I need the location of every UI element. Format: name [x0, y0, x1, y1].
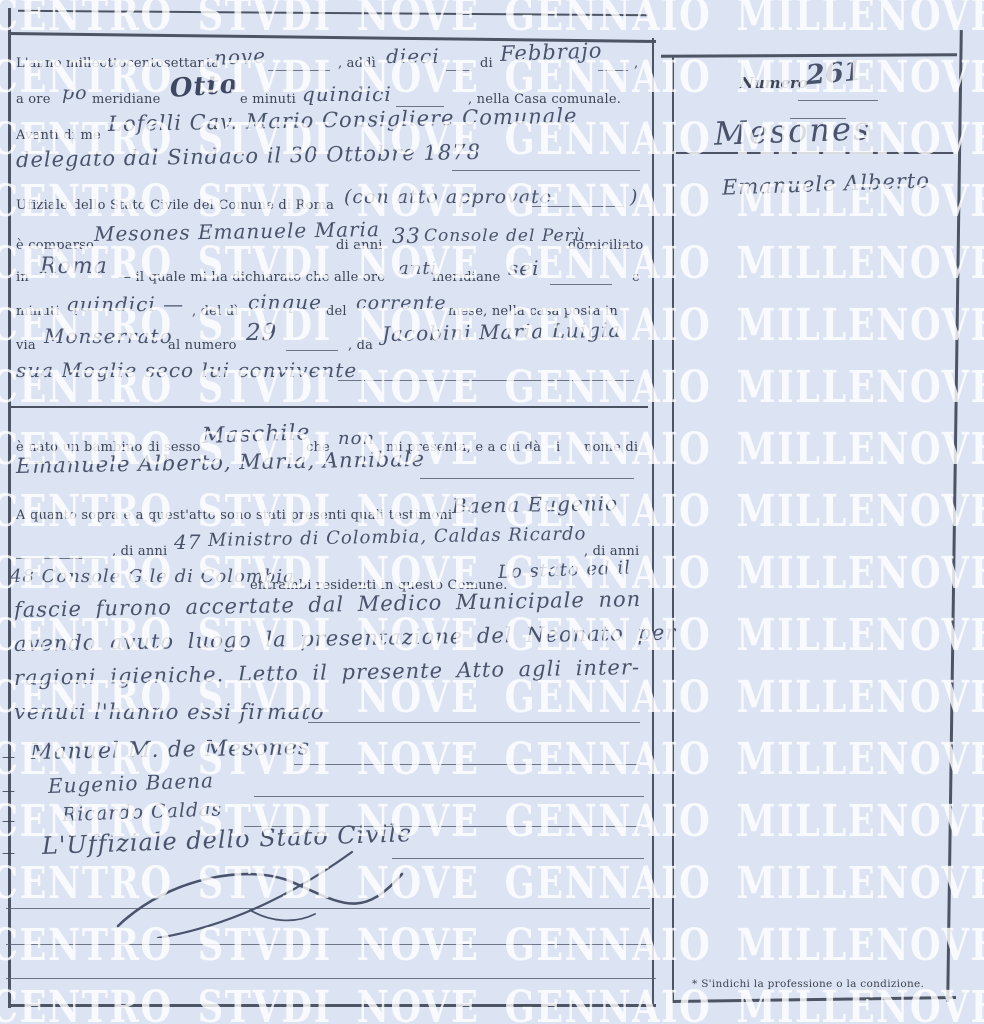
numero-label: Numero [740, 74, 808, 92]
handwritten-entry: Otto [169, 69, 239, 104]
handwritten-entry: (con atto approvato [344, 186, 552, 208]
handwritten-entry: nove [213, 43, 266, 70]
printed-form-text: Avanti di me [16, 128, 101, 143]
scanned-birth-record-page: Numero 261 Mesones Emanuele Alberto * S'… [0, 0, 984, 1024]
handwritten-entry: delegato dal Sindaco il 30 Ottobre 1878 [16, 140, 481, 172]
rule-line [254, 796, 644, 797]
handwritten-entry: quindici — [66, 292, 184, 316]
rule-line [420, 478, 634, 479]
printed-form-text: mese, nella casa posta in [448, 304, 618, 319]
rule-line [294, 764, 640, 765]
handwritten-entry: cinque [248, 290, 322, 314]
official-signature-flourish [100, 848, 420, 938]
rule-line [452, 170, 640, 171]
printed-form-text: domiciliato [568, 238, 643, 253]
margin-box-top-border [661, 53, 957, 57]
margin-surname: Mesones [713, 109, 872, 152]
rule-line [446, 70, 472, 71]
rule-line [286, 350, 338, 351]
printed-form-text: meridiane [92, 92, 161, 107]
margin-box-bottom-border [672, 996, 956, 1002]
printed-form-text: — il quale mi ha dichiarato che alle ore [118, 270, 385, 285]
handwritten-entry: Ministro di Colombia, Caldas Ricardo [208, 523, 587, 551]
printed-form-text: di [480, 56, 493, 71]
handwritten-entry: ragioni igieniche. Letto il presente Att… [14, 655, 640, 690]
handwritten-entry: quindici [302, 82, 392, 106]
numero-value: 261 [805, 56, 864, 92]
printed-form-text: e minuti [240, 92, 296, 107]
printed-form-text: , del dì [192, 304, 239, 319]
handwritten-entry: Roma [40, 254, 108, 279]
handwritten-entry: venuti l'hanno essi firmato [14, 700, 325, 724]
printed-form-text: meridiane [432, 270, 501, 285]
printed-form-text: al numero [168, 338, 237, 353]
printed-form-text: minuti [16, 304, 60, 319]
handwritten-entry: Maschile [202, 420, 311, 449]
printed-form-text: , di anni [112, 544, 167, 559]
printed-form-text: — [2, 750, 15, 765]
printed-form-text: nome di [584, 440, 638, 455]
handwritten-entry: Monserrato [44, 324, 173, 348]
handwritten-entry: Lofelli Cav. Mario Consigliere Comunale [108, 104, 578, 136]
printed-form-text: a ore [16, 92, 51, 107]
handwritten-entry: Jacobini Maria Luigia [382, 318, 622, 346]
act-box-right-border [652, 38, 654, 1006]
rule-line [308, 722, 640, 723]
handwritten-entry: sua Moglie seco lui convivente [16, 358, 357, 382]
handwritten-entry: Manuel M. de Mesones [30, 735, 311, 765]
printed-form-text: L'anno milleottocentosettanta [16, 56, 219, 71]
handwritten-entry: Eugenio Baena [48, 768, 215, 798]
act-box-bottom-border [8, 1004, 656, 1007]
printed-form-text: A quanto sopra e a quest'atto sono stati… [16, 508, 452, 523]
rule-line [392, 858, 644, 859]
handwritten-entry: Baena Eugenio [452, 491, 618, 518]
rule-line [10, 406, 648, 408]
printed-form-text: — [2, 814, 15, 829]
handwritten-entry: dieci [386, 44, 440, 68]
margin-footnote: * S'indichi la professione o la condizio… [692, 978, 924, 990]
handwritten-entry: fascie furono accertate dal Medico Munic… [14, 587, 642, 622]
handwritten-entry: ) [630, 186, 638, 208]
act-box-top-rule [18, 10, 648, 16]
handwritten-entry: po [62, 82, 88, 104]
handwritten-entry: Lo stato ed il [498, 557, 632, 583]
handwritten-entry: sei [508, 256, 540, 280]
printed-form-text: , addì [338, 56, 376, 71]
handwritten-entry: 29 [246, 320, 277, 346]
handwritten-entry: non [338, 428, 375, 449]
handwritten-entry: Febbrajo [500, 38, 603, 66]
rule-line [338, 380, 634, 381]
rule-line [16, 558, 104, 559]
handwritten-entry: corrente [356, 292, 447, 314]
printed-form-text: del [326, 304, 347, 319]
rule-line [6, 944, 654, 945]
rule-line [268, 70, 330, 71]
printed-form-text: di anni [336, 238, 383, 253]
printed-form-text: , [634, 56, 638, 71]
printed-form-text: , di anni [584, 544, 639, 559]
rule-line [6, 978, 656, 979]
margin-given-names: Emanuele Alberto [722, 168, 931, 199]
margin-box-left-border [672, 56, 674, 1002]
handwritten-entry: 47 [174, 530, 201, 554]
act-body: Numero 261 Mesones Emanuele Alberto * S'… [0, 0, 984, 1024]
printed-form-text: Ufiziale dello Stato Civile del Comune d… [16, 198, 334, 213]
handwritten-entry: Console del Perù [424, 226, 586, 246]
handwritten-entry: Ricardo Caldas [62, 798, 223, 826]
rule-line [550, 284, 612, 285]
printed-form-text: , da [348, 338, 373, 353]
rule-line [532, 206, 624, 207]
printed-form-text: via [16, 338, 36, 353]
handwritten-entry: 33 [392, 224, 421, 248]
rule-line [798, 100, 878, 101]
printed-form-text: è comparso [16, 238, 94, 253]
printed-form-text: i [556, 440, 560, 455]
rule-line [598, 70, 628, 71]
handwritten-entry: avendo avuto luogo la presentazione del … [14, 620, 677, 656]
printed-form-text: e [632, 270, 640, 285]
margin-box-right-border [946, 30, 963, 1002]
printed-form-text: in [16, 270, 29, 285]
printed-form-text: — [2, 784, 15, 799]
printed-form-text: — [2, 846, 15, 861]
